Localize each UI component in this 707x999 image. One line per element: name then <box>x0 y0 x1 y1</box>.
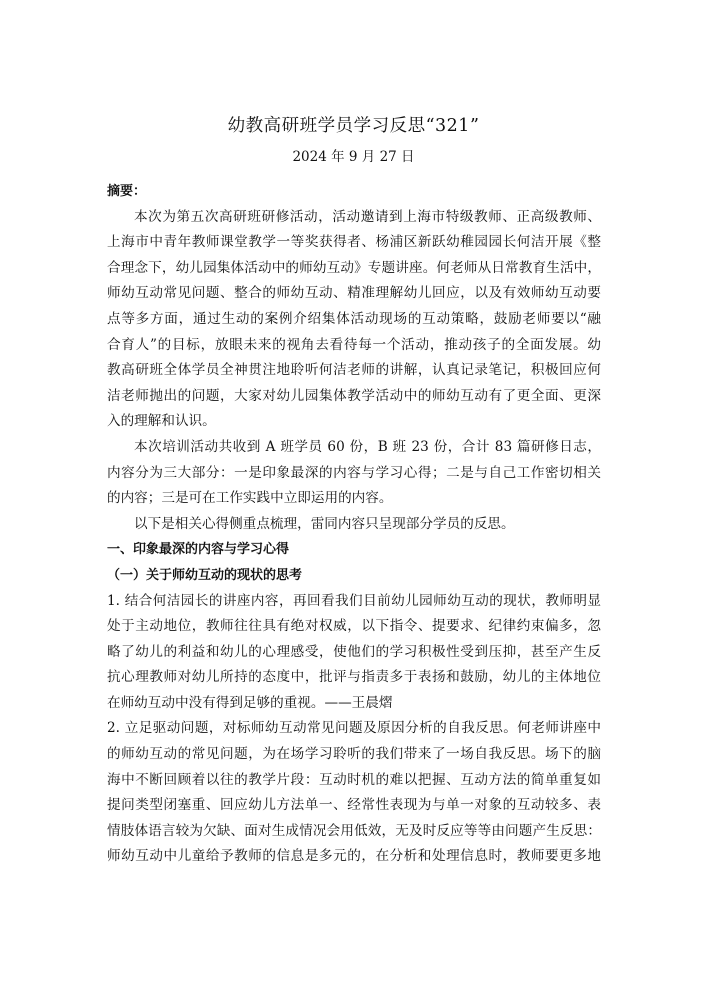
abstract-label: 摘要： <box>107 179 601 205</box>
text-line: 1. 结合何洁园长的讲座内容，再回看我们目前幼儿园师幼互动的现状，教师明显 <box>107 589 601 615</box>
section-heading: 一、印象最深的内容与学习心得 <box>107 537 601 563</box>
text-line: 抗心理教师对幼儿所持的态度中，批评与指责多于表扬和鼓励，幼儿的主体地位 <box>107 665 601 691</box>
reflection-item-2: 2. 立足驱动问题，对标师幼互动常见问题及原因分析的自我反思。何老师讲座中 的师… <box>107 716 601 870</box>
text-line: 师幼互动中儿童给予教师的信息是多元的，在分析和处理信息时，教师要更多地 <box>107 844 601 870</box>
text-line: 在师幼互动中没有得到足够的重视。——王晨熠 <box>107 691 601 717</box>
abstract-paragraph: 本次为第五次高研班研修活动，活动邀请到上海市特级教师、正高级教师、 上海市中青年… <box>107 205 601 435</box>
text-line: 海中不断回顾着以往的教学片段：互动时机的难以把握、互动方法的简单重复如 <box>107 768 601 794</box>
subsection-heading: （一）关于师幼互动的现状的思考 <box>107 563 601 589</box>
note-paragraph: 以下是相关心得侧重点梳理，雷同内容只呈现部分学员的反思。 <box>107 512 601 538</box>
text-line: 情肢体语言较为欠缺、面对生成情况会用低效，无及时反应等等由问题产生反思： <box>107 819 601 845</box>
document-title: 幼教高研班学员学习反思“321” <box>0 112 707 137</box>
document-page: 幼教高研班学员学习反思“321” 2024 年 9 月 27 日 摘要： 本次为… <box>0 0 707 999</box>
text-line: 内容分为三大部分：一是印象最深的内容与学习心得；二是与自己工作密切相关 <box>107 461 601 487</box>
text-line: 洁老师抛出的问题，大家对幼儿园集体教学活动中的师幼互动有了更全面、更深 <box>107 384 601 410</box>
text-line: 处于主动地位，教师往往具有绝对权威，以下指令、提要求、纪律约束偏多，忽 <box>107 614 601 640</box>
document-body: 摘要： 本次为第五次高研班研修活动，活动邀请到上海市特级教师、正高级教师、 上海… <box>107 179 601 870</box>
text-line: 教高研班全体学员全神贯注地聆听何洁老师的讲解，认真记录笔记，积极回应何 <box>107 358 601 384</box>
text-line: 2. 立足驱动问题，对标师幼互动常见问题及原因分析的自我反思。何老师讲座中 <box>107 716 601 742</box>
stats-paragraph: 本次培训活动共收到 A 班学员 60 份，B 班 23 份，合计 83 篇研修日… <box>107 435 601 512</box>
text-line: 合育人”的目标，放眼未来的视角去看待每一个活动，推动孩子的全面发展。幼 <box>107 333 601 359</box>
text-line: 的师幼互动的常见问题，为在场学习聆听的我们带来了一场自我反思。场下的脑 <box>107 742 601 768</box>
document-date: 2024 年 9 月 27 日 <box>0 145 707 165</box>
text-line: 合理念下，幼儿园集体活动中的师幼互动》专题讲座。何老师从日常教育生活中， <box>107 256 601 282</box>
text-line: 点等多方面，通过生动的案例介绍集体活动现场的互动策略，鼓励老师要以“融 <box>107 307 601 333</box>
text-line: 本次为第五次高研班研修活动，活动邀请到上海市特级教师、正高级教师、 <box>107 205 601 231</box>
text-line: 师幼互动常见问题、整合的师幼互动、精准理解幼儿回应，以及有效师幼互动要 <box>107 281 601 307</box>
text-line: 上海市中青年教师课堂教学一等奖获得者、杨浦区新跃幼稚园园长何洁开展《整 <box>107 230 601 256</box>
text-line: 入的理解和认识。 <box>107 409 601 435</box>
text-line: 略了幼儿的利益和幼儿的心理感受，使他们的学习积极性受到压抑，甚至产生反 <box>107 640 601 666</box>
text-line: 的内容；三是可在工作实践中立即运用的内容。 <box>107 486 601 512</box>
text-line: 本次培训活动共收到 A 班学员 60 份，B 班 23 份，合计 83 篇研修日… <box>107 435 601 461</box>
reflection-item-1: 1. 结合何洁园长的讲座内容，再回看我们目前幼儿园师幼互动的现状，教师明显 处于… <box>107 589 601 717</box>
text-line: 提问类型闭塞重、回应幼儿方法单一、经常性表现为与单一对象的互动较多、表 <box>107 793 601 819</box>
